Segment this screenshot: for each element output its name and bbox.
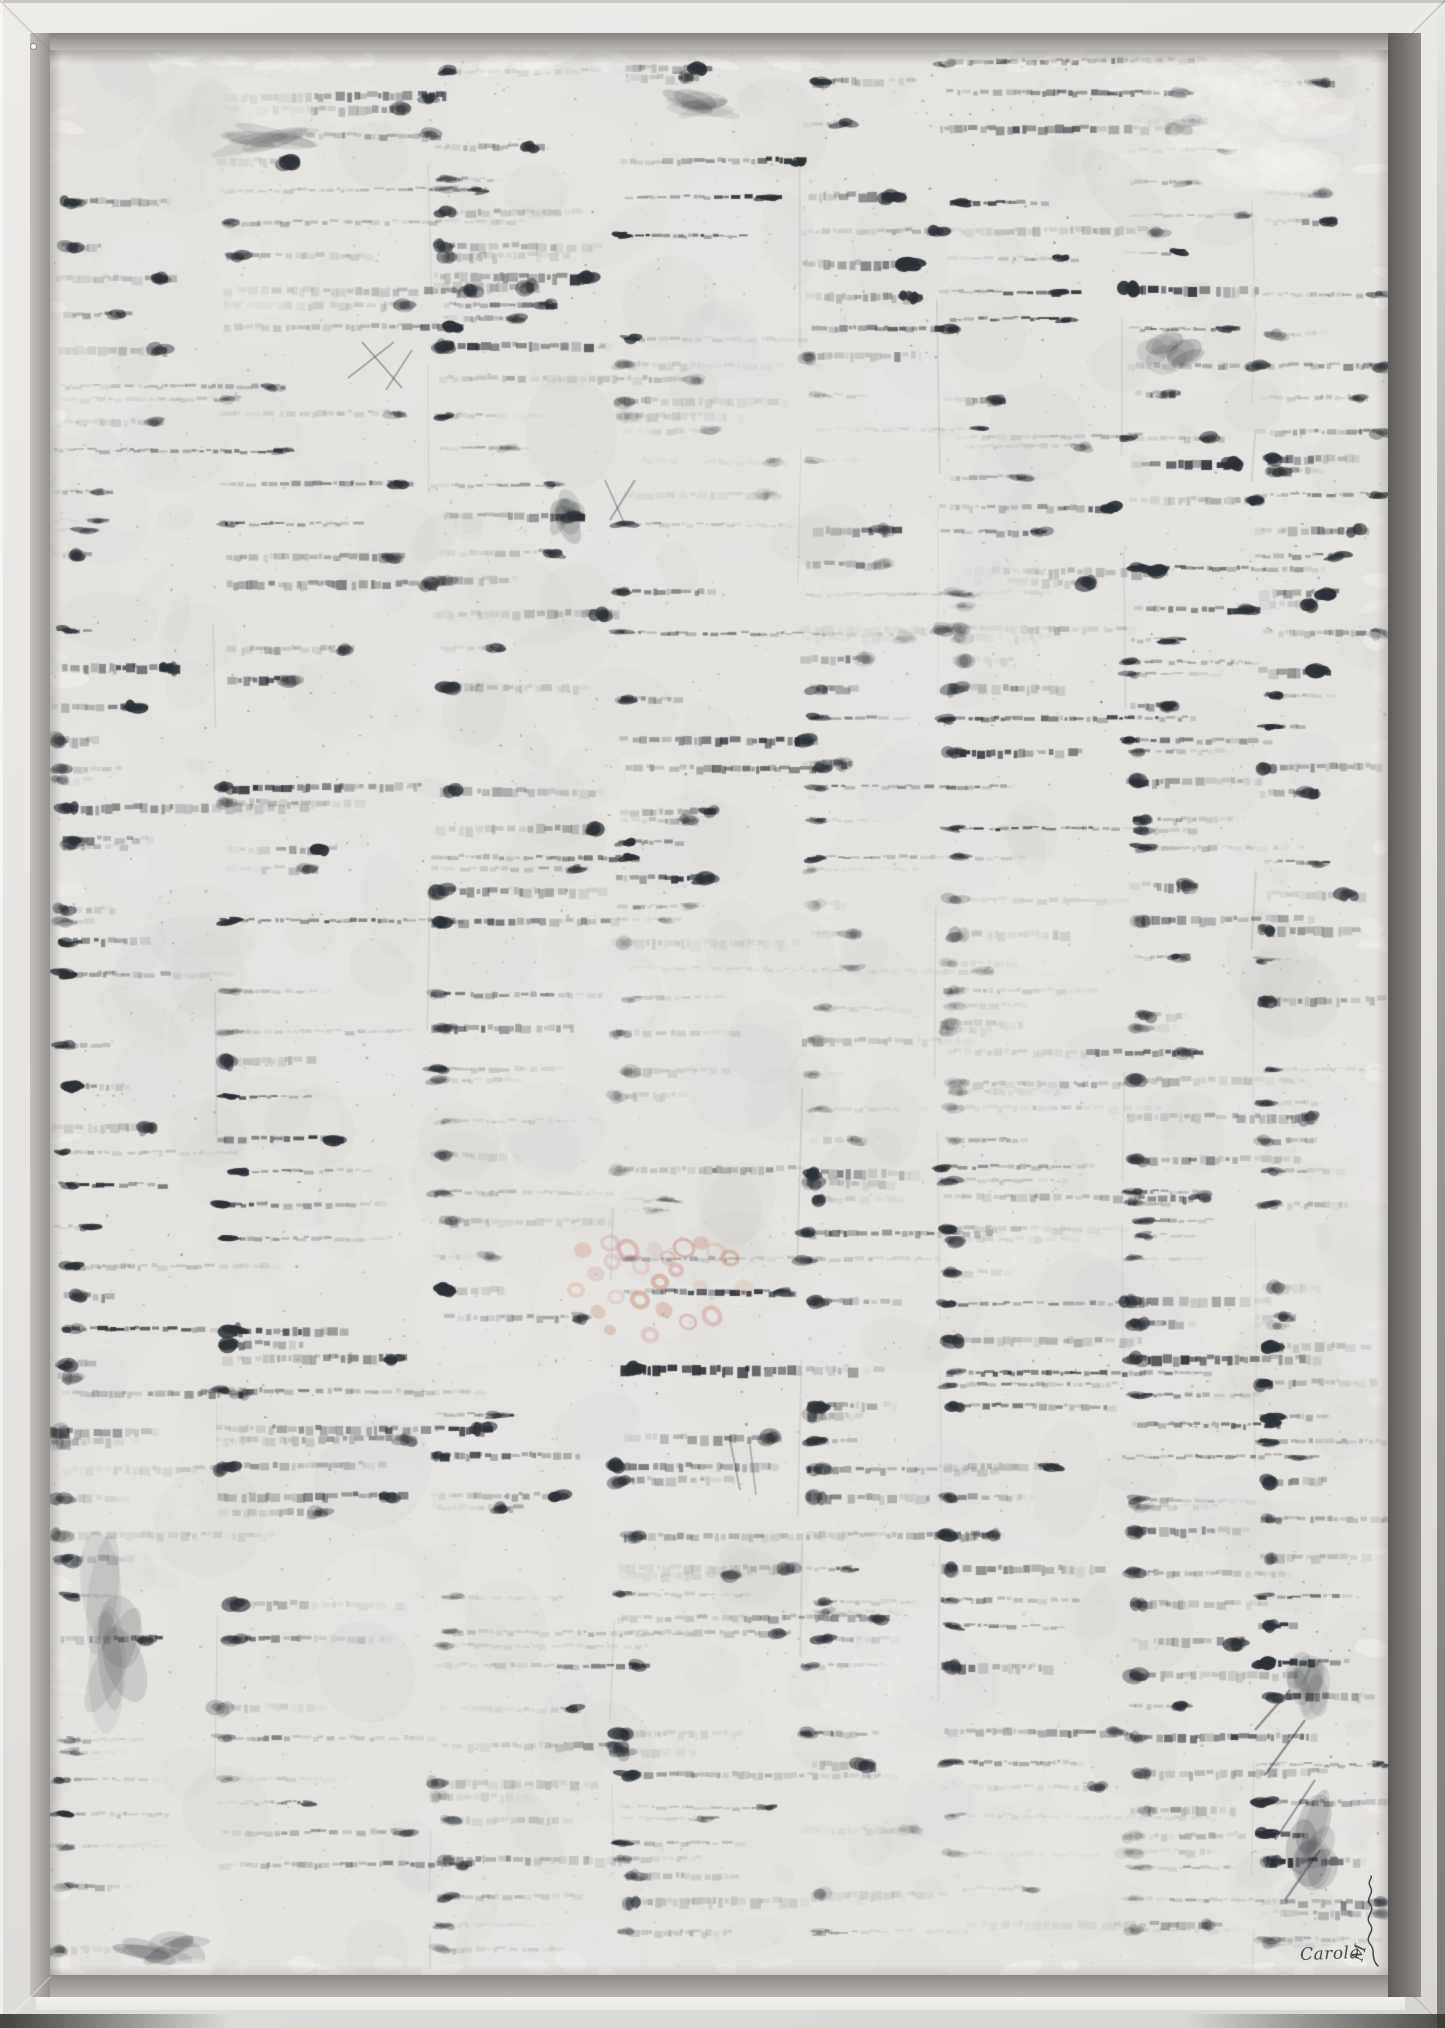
frame-nail-glint [31,44,36,49]
frame-outer-edge-top [0,0,1445,3]
artist-signature-initial: M [1352,1942,1370,1964]
frame-outer-edge-left [0,0,3,2028]
frame-bevel-top [31,33,1421,50]
frame-miter-top-left [0,0,51,52]
painting-canvas [50,50,1388,1975]
backdrop-edge-right [1437,0,1445,2028]
framed-artwork-photo: Carola M [0,0,1445,2028]
backdrop-shadow-bottom [0,2014,1445,2028]
frame-gap-shadow-bottom [50,1975,1388,1997]
frame-bevel-right [1388,33,1421,1997]
frame-bottom-lip [36,1997,1405,2010]
signature-flourish: M [1352,1874,1390,1970]
frame-bevel-left [30,33,50,1997]
signature-flourish-stroke [1368,1876,1378,1966]
